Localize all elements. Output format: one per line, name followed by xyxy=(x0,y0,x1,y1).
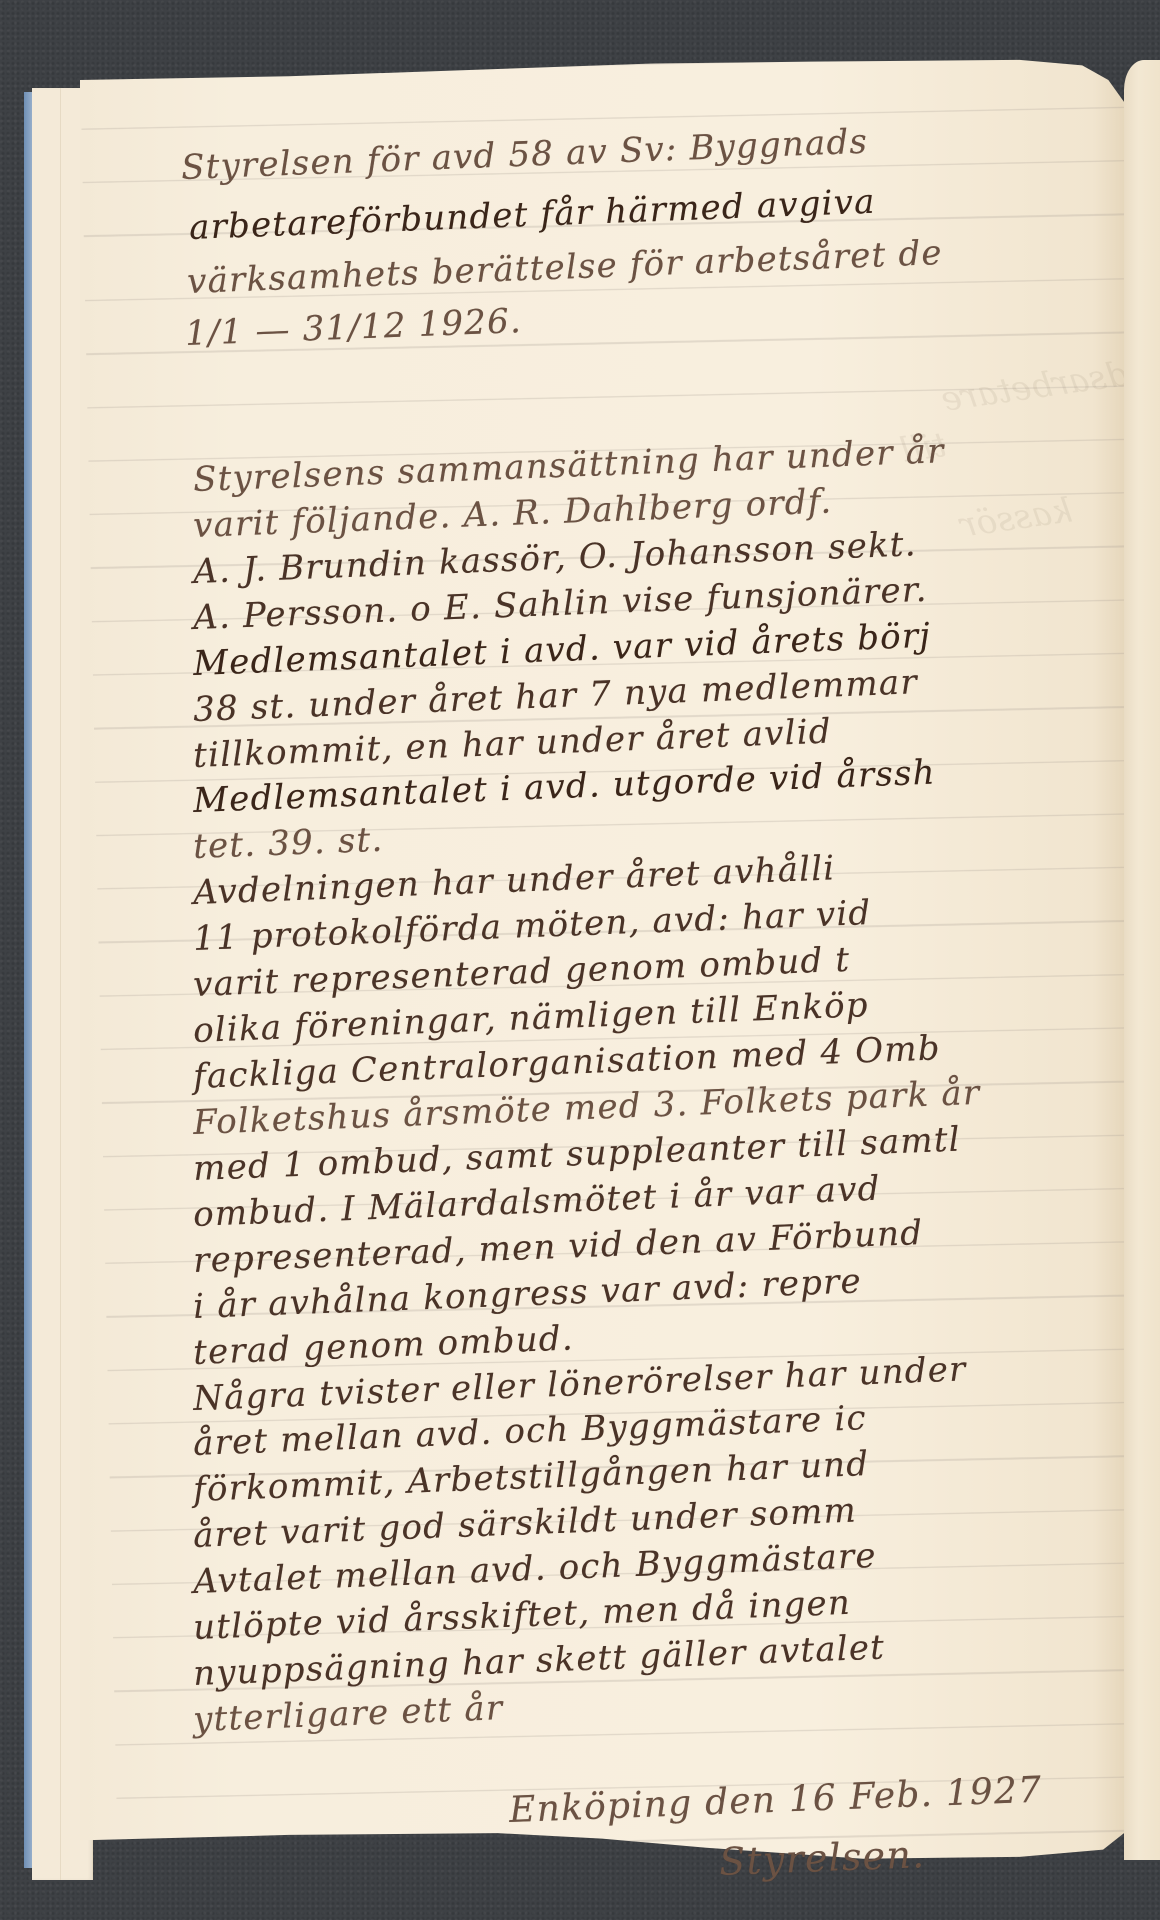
body-line: terad genom ombud. xyxy=(192,1318,574,1373)
heading-line: Styrelsen för avd 58 av Sv: Byggnads xyxy=(180,122,868,188)
signature: Styrelsen. xyxy=(718,1832,926,1884)
body-line: tet. 39. st. xyxy=(192,820,384,867)
body-line: ytterligare ett år xyxy=(192,1688,504,1740)
handwritten-text: Styrelsen för avd 58 av Sv: Byggnads arb… xyxy=(80,58,1124,1888)
heading-line: arbetareförbundet får härmed avgiva xyxy=(188,182,876,248)
body-line: Styrelsens sammansättning har under år xyxy=(192,431,945,500)
facing-page-edge xyxy=(1124,60,1160,1860)
ledger-page: Byggnadsarbetare till kassör Styrelsen f… xyxy=(80,58,1124,1888)
heading-line: 1/1 — 31/12 1926. xyxy=(184,301,522,354)
